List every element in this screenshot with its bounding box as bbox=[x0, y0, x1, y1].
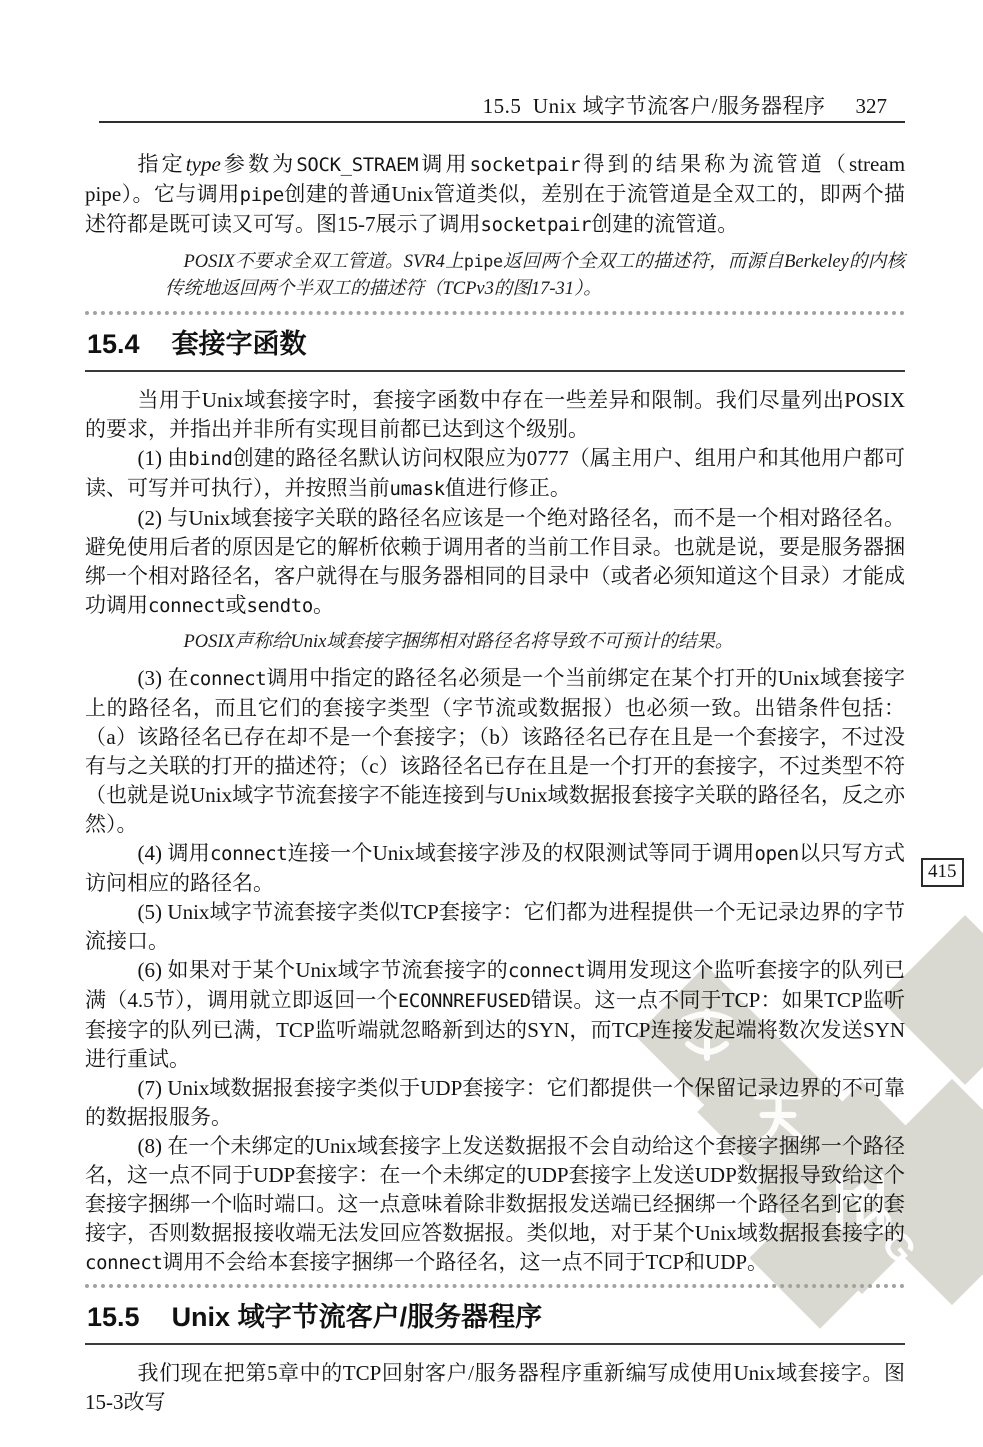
code-word: ECONNREFUSED bbox=[398, 990, 531, 1012]
code-word: connect bbox=[508, 960, 586, 982]
code-word: connect bbox=[148, 595, 226, 617]
code-word: SOCK_STRAEM bbox=[296, 154, 418, 176]
code-word: connect bbox=[85, 1252, 163, 1274]
text-flow: 指定type参数为SOCK_STRAEM调用socketpair得到的结果称为流… bbox=[85, 0, 905, 1417]
paragraph: (8) 在一个未绑定的Unix域套接字上发送数据报不会自动给这个套接字捆绑一个路… bbox=[85, 1132, 905, 1278]
section-title: 套接字函数 bbox=[172, 322, 307, 361]
paragraph: 指定type参数为SOCK_STRAEM调用socketpair得到的结果称为流… bbox=[85, 150, 905, 240]
section-title: Unix 域字节流客户/服务器程序 bbox=[172, 1295, 543, 1334]
section-heading: 15.4套接字函数 bbox=[85, 311, 905, 372]
inline-note: POSIX不要求全双工管道。SVR4上pipe返回两个全双工的描述符，而源自Be… bbox=[165, 248, 905, 303]
paragraph: (1) 由bind创建的路径名默认访问权限应为0777（属主用户、组用户和其他用… bbox=[85, 444, 905, 504]
paragraph: (2) 与Unix域套接字关联的路径名应该是一个绝对路径名，而不是一个相对路径名… bbox=[85, 504, 905, 621]
code-word: socketpair bbox=[470, 154, 581, 176]
inline-note: POSIX声称给Unix域套接字捆绑相对路径名将导致不可预计的结果。 bbox=[165, 629, 905, 656]
paragraph: (3) 在connect调用中指定的路径名必须是一个当前绑定在某个打开的Unix… bbox=[85, 664, 905, 839]
code-word: connect bbox=[210, 843, 288, 865]
code-word: pipe bbox=[464, 252, 503, 271]
code-word: connect bbox=[189, 668, 267, 690]
code-word: sendto bbox=[247, 595, 313, 617]
section-number: 15.4 bbox=[87, 329, 140, 360]
paragraph: (7) Unix域数据报套接字类似于UDP套接字：它们都提供一个保留记录边界的不… bbox=[85, 1074, 905, 1132]
code-word: pipe bbox=[240, 184, 284, 206]
italic-word: type bbox=[186, 152, 221, 176]
code-word: umask bbox=[390, 478, 445, 500]
code-word: socketpair bbox=[481, 214, 592, 236]
paragraph: 当用于Unix域套接字时，套接字函数中存在一些差异和限制。我们尽量列出POSIX… bbox=[85, 386, 905, 444]
paragraph: (4) 调用connect连接一个Unix域套接字涉及的权限测试等同于调用ope… bbox=[85, 839, 905, 898]
section-number: 15.5 bbox=[87, 1302, 140, 1333]
margin-page-ref: 415 bbox=[921, 858, 964, 887]
code-word: bind bbox=[188, 448, 232, 470]
section-heading: 15.5Unix 域字节流客户/服务器程序 bbox=[85, 1284, 905, 1345]
paragraph: 我们现在把第5章中的TCP回射客户/服务器程序重新编写成使用Unix域套接字。图… bbox=[85, 1359, 905, 1417]
book-page: PDG 415 15.5 Unix 域字节流客户/服务器程序 327 指定typ… bbox=[0, 0, 983, 1447]
paragraph: (5) Unix域字节流套接字类似TCP套接字：它们都为进程提供一个无记录边界的… bbox=[85, 898, 905, 956]
paragraph: (6) 如果对于某个Unix域字节流套接字的connect调用发现这个监听套接字… bbox=[85, 956, 905, 1074]
code-word: open bbox=[755, 843, 799, 865]
